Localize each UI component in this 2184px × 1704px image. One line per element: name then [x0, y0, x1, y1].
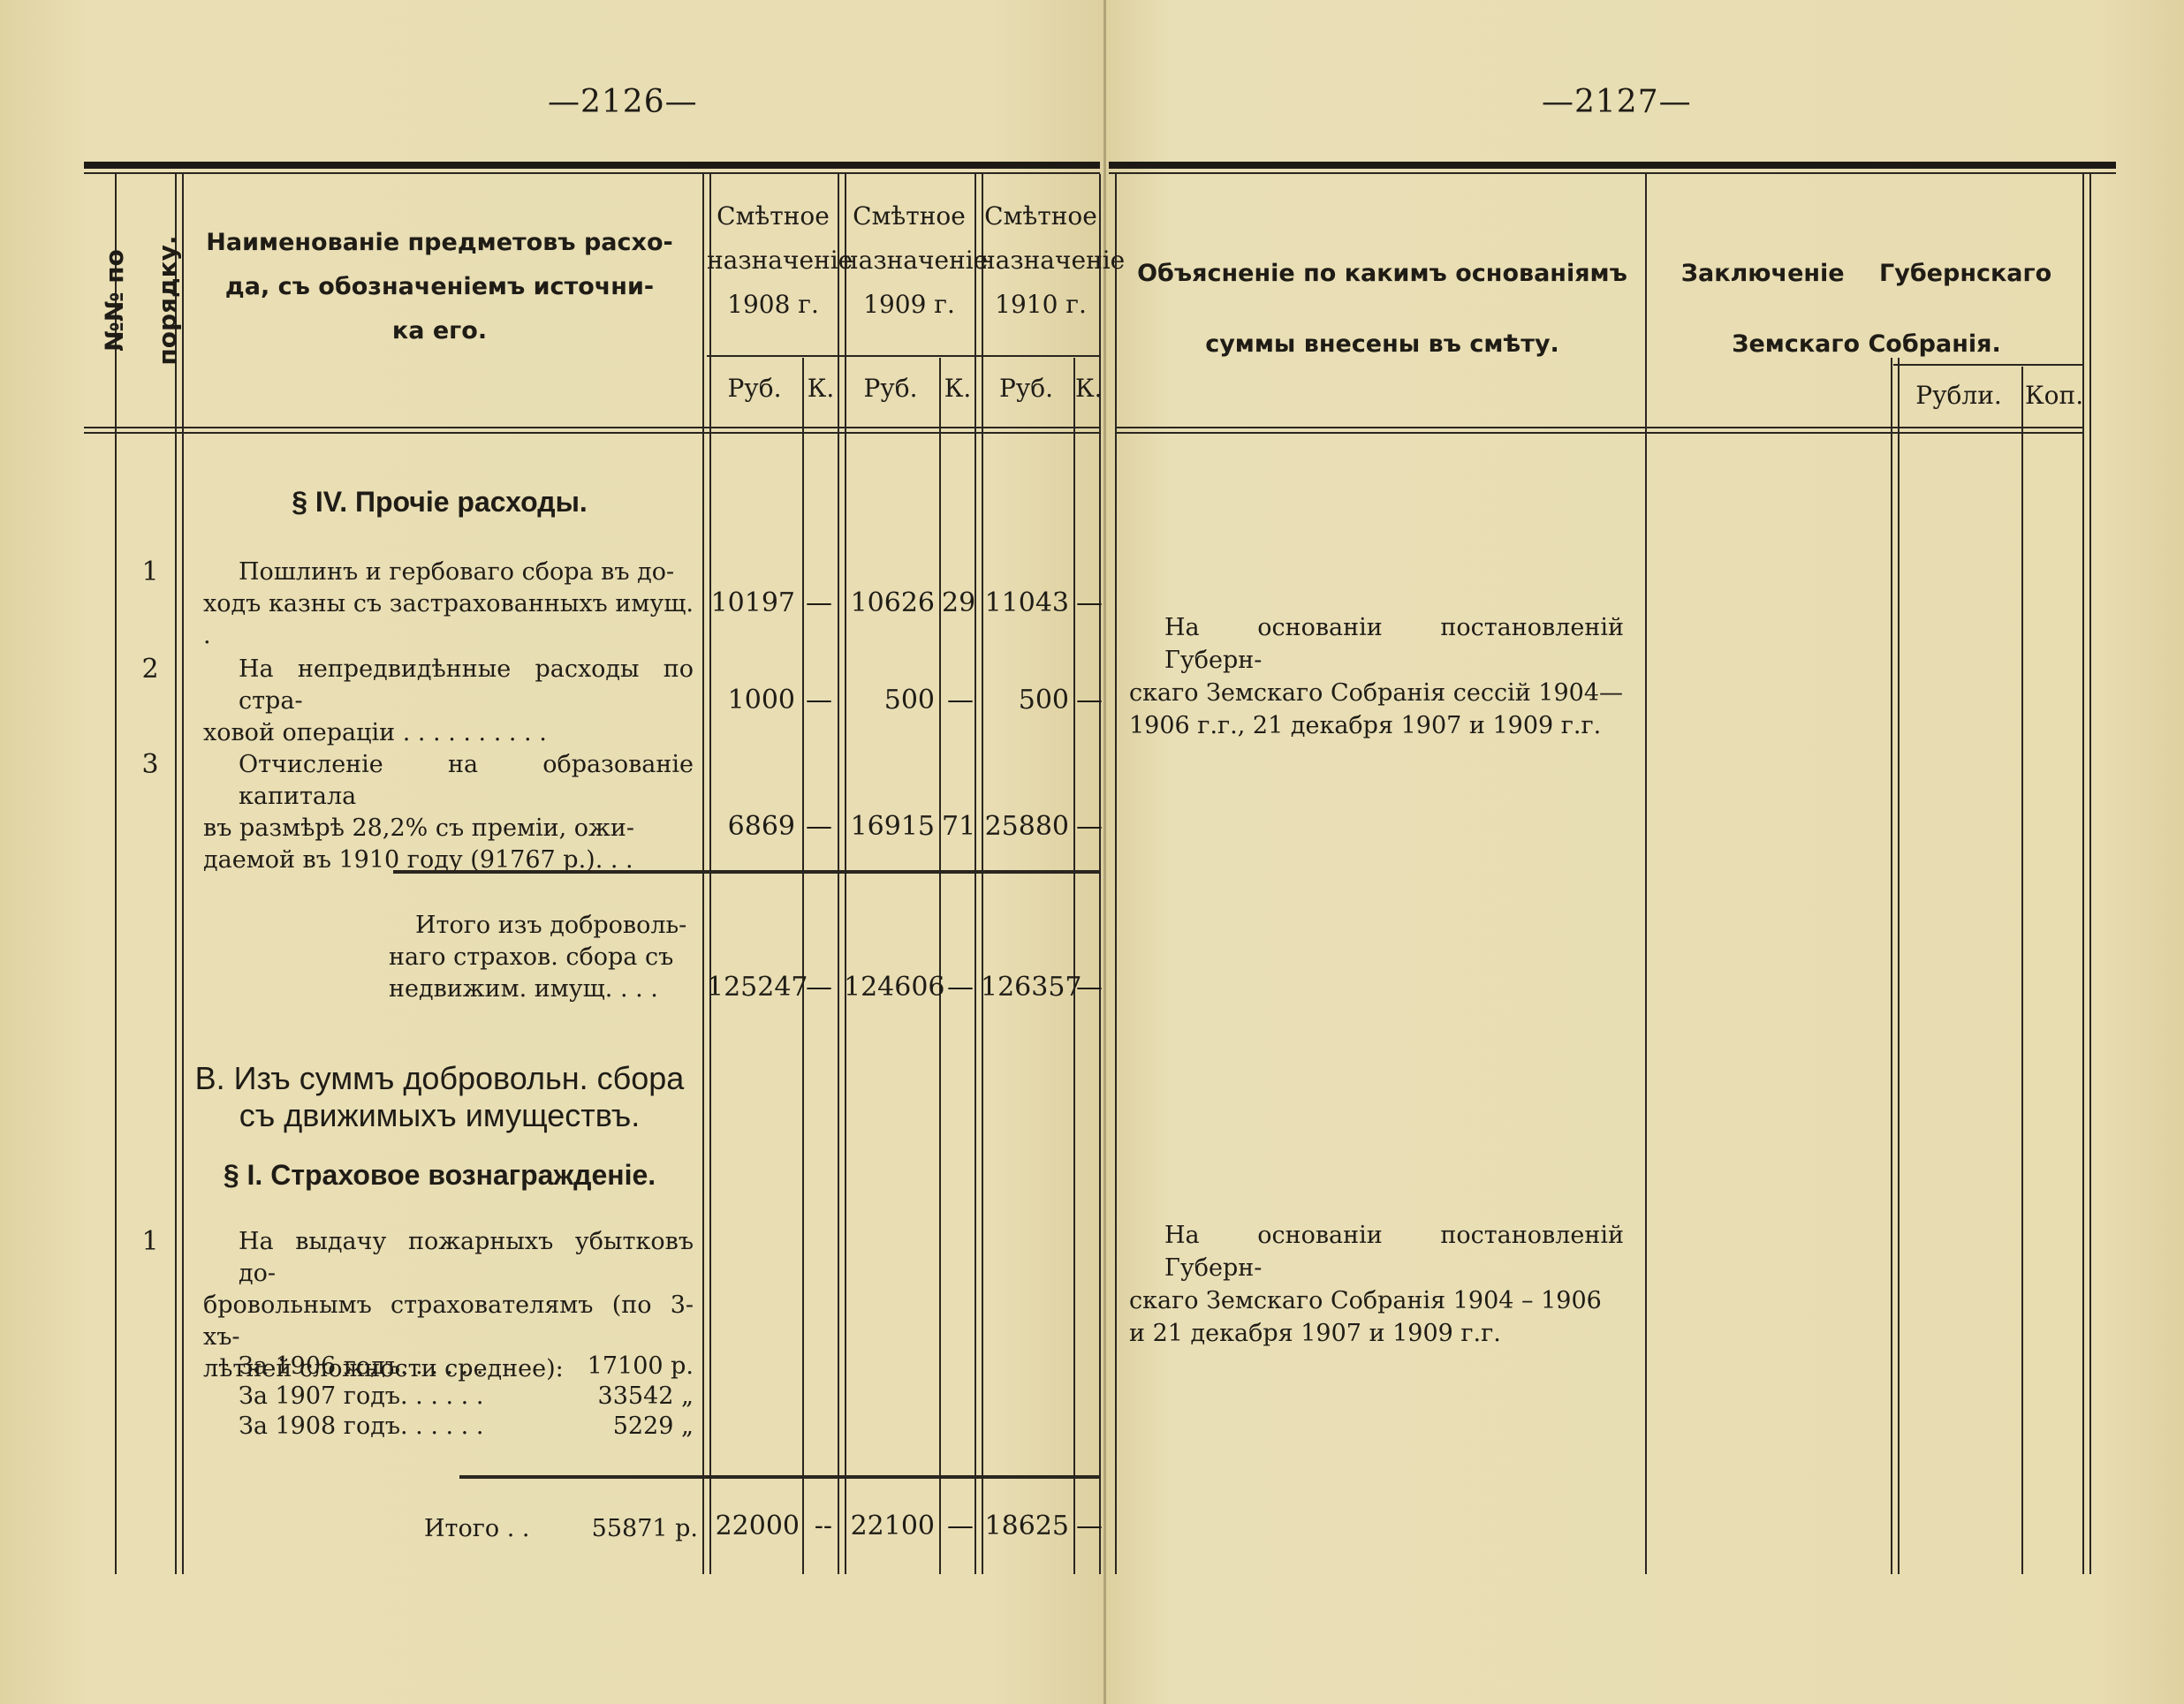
value-1909-rub: 16915: [844, 811, 935, 842]
col-header-1909: Смѣтное назначеніе 1909 г.: [842, 194, 976, 327]
rubli-header: Рубли.: [1896, 374, 2021, 418]
year-row: За 1906 годъ. . . . . . 17100 р.: [239, 1352, 694, 1382]
col-header-line: Смѣтное: [707, 194, 839, 239]
total-1910-kop: —: [1076, 1511, 1099, 1541]
desc-line: наго страхов. сбора съ: [389, 942, 694, 973]
conclusion-header-line: Земскаго Собранія.: [1652, 309, 2081, 380]
value-1909-rub: 10626: [844, 587, 935, 618]
total-1908-rub: 22000: [707, 1511, 800, 1541]
col-header-line: назначеніе: [707, 239, 839, 283]
value-1908-rub: 1000: [707, 685, 795, 716]
rub-header-1908: Руб.: [707, 367, 802, 411]
subheader-rule: [707, 355, 1099, 357]
row-description: Отчисленіе на образованіе капитала въ ра…: [203, 749, 694, 876]
header-bottom-rule-2: [84, 432, 1100, 434]
explanation-header: Объясненіе по какимъ основаніямъ суммы в…: [1119, 239, 1645, 380]
section-iv-heading: § IV. Прочіе расходы.: [181, 486, 698, 519]
year-row: За 1908 годъ. . . . . . 5229 „: [239, 1412, 694, 1442]
desc-line: въ размѣрѣ 28,2% съ преміи, ожи-: [203, 813, 694, 844]
year-label: За 1908 годъ. . . . . .: [239, 1412, 483, 1442]
total-1909-kop: —: [942, 1511, 974, 1541]
page-number-right: —2127—: [1542, 84, 1692, 120]
explanation-line: На основаніи постановленій Губерн-: [1129, 1219, 1624, 1284]
col-header-1910: Смѣтное назначеніе 1910 г.: [979, 194, 1103, 327]
total-1908-kop: --: [806, 1511, 832, 1541]
desc-line: Пошлинъ и гербоваго сбора въ до-: [203, 557, 694, 588]
explanation-header-line: суммы внесены въ смѣту.: [1119, 309, 1645, 380]
value-1910-rub: 500: [981, 685, 1069, 716]
total-1909-rub: 22100: [844, 1511, 935, 1541]
year-value: 5229 „: [613, 1412, 694, 1442]
item-name-header: Наименованіе предметовъ расхо- да, съ об…: [181, 221, 698, 353]
subtotal-1910-kop: —: [1076, 972, 1099, 1003]
col-divider-1909-kop: [939, 358, 941, 1574]
value-1908-kop: —: [806, 685, 832, 716]
subtotal-1908-rub: 125247: [707, 972, 800, 1003]
col-header-1908: Смѣтное назначеніе 1908 г.: [707, 194, 839, 327]
desc-line: недвижим. имущ. . . .: [389, 973, 694, 1005]
rub-header-1909: Руб.: [842, 367, 939, 411]
section-b-heading: В. Изъ суммъ добровольн. сбора съ движим…: [181, 1060, 698, 1134]
col-header-year: 1908 г.: [707, 283, 839, 327]
value-1908-rub: 6869: [707, 811, 795, 842]
explanation-line: скаго Земскаго Собранія 1904 – 1906: [1129, 1284, 1624, 1317]
value-1910-rub: 11043: [981, 587, 1069, 618]
row-number: 2: [106, 654, 194, 685]
desc-line: На выдачу пожарныхъ убытковъ до-: [203, 1226, 694, 1290]
value-1909-kop: 71: [942, 811, 974, 842]
col-divider-rubli: [1891, 358, 1900, 1574]
header-bottom-rule: [84, 427, 1100, 428]
explanation-line: и 21 декабря 1907 и 1909 г.г.: [1129, 1317, 1624, 1350]
kop-header-1908: К.: [804, 367, 838, 411]
desc-line: Итого изъ доброволь-: [389, 910, 694, 942]
explanation-text-1: На основаніи постановленій Губерн- скаго…: [1129, 611, 1624, 742]
item-name-header-line: да, съ обозначеніемъ источни-: [181, 265, 698, 309]
year-label: За 1906 годъ. . . . . .: [239, 1352, 483, 1382]
kop-header-1909: К.: [941, 367, 974, 411]
value-1908-kop: —: [806, 587, 832, 618]
subtotal-1908-kop: —: [806, 972, 832, 1003]
yearly-losses: За 1906 годъ. . . . . . 17100 р. За 1907…: [239, 1352, 694, 1442]
desc-line: ходъ казны съ застрахованныхъ имущ. .: [203, 588, 694, 652]
kop-header: Коп.: [2025, 374, 2082, 418]
subtotal-description: Итого изъ доброволь- наго страхов. сбора…: [389, 910, 694, 1005]
year-label: За 1907 годъ. . . . . .: [239, 1382, 483, 1412]
subtotal-1909-kop: —: [942, 972, 974, 1003]
value-1909-kop: 29: [942, 587, 974, 618]
top-rule-left: [84, 162, 1100, 169]
year-row: За 1907 годъ. . . . . . 33542 „: [239, 1382, 694, 1412]
total-row-label: Итого . . 55871 р.: [424, 1513, 698, 1545]
top-rule-right: [1109, 162, 2116, 169]
subtotal-1910-rub: 126357: [981, 972, 1069, 1003]
row-description: Пошлинъ и гербоваго сбора въ до- ходъ ка…: [203, 557, 694, 652]
value-1909-rub: 500: [844, 685, 935, 716]
desc-line: Отчисленіе на образованіе капитала: [203, 749, 694, 813]
desc-line: ховой операціи . . . . . . . . . .: [203, 717, 694, 749]
subtotal-rule: [393, 870, 1100, 874]
kop-header-1910: К.: [1075, 367, 1100, 411]
col-header-line: назначеніе: [979, 239, 1103, 283]
top-rule-right-thin: [1109, 172, 2116, 174]
page-number-left: —2126—: [548, 84, 698, 120]
year-value: 17100 р.: [588, 1352, 694, 1382]
value-1910-rub: 25880: [981, 811, 1069, 842]
col-header-year: 1910 г.: [979, 283, 1103, 327]
col-header-line: Смѣтное: [842, 194, 976, 239]
explanation-line: На основаніи постановленій Губерн-: [1129, 611, 1624, 677]
right-header-bottom-rule: [1115, 427, 2082, 428]
col-header-year: 1909 г.: [842, 283, 976, 327]
item-name-header-line: Наименованіе предметовъ расхо-: [181, 221, 698, 265]
col-divider-number: [175, 174, 184, 1574]
value-1910-kop: —: [1076, 587, 1099, 618]
row-number: 3: [106, 749, 194, 780]
value-1910-kop: —: [1076, 811, 1099, 842]
value-1908-rub: 10197: [707, 587, 795, 618]
total-label: Итого . .: [424, 1513, 529, 1545]
conclusion-header-line: Заключеніе Губернскаго: [1652, 239, 2081, 309]
row-number-header-label: №№ по порядку.: [100, 235, 182, 365]
subtotal-1909-rub: 124606: [844, 972, 935, 1003]
value-1908-kop: —: [806, 811, 832, 842]
row-number: 1: [106, 557, 194, 587]
row-number: 1: [106, 1226, 194, 1257]
col-divider-kop: [2021, 367, 2023, 1574]
top-rule-left-thin: [84, 172, 1100, 174]
col-divider-1910-kop: [1073, 358, 1075, 1574]
col-divider-conclusion: [1645, 174, 1647, 1574]
col-header-line: Смѣтное: [979, 194, 1103, 239]
year-value: 33542 „: [598, 1382, 694, 1412]
section-i-heading: § I. Страховое вознагражденіе.: [181, 1159, 698, 1192]
border-right: [2082, 174, 2091, 1574]
row-description: На непредвидѣнные расходы по стра- ховой…: [203, 654, 694, 749]
item-name-header-line: ка его.: [181, 309, 698, 353]
section-b-line: В. Изъ суммъ добровольн. сбора: [181, 1060, 698, 1097]
explanation-line: 1906 г.г., 21 декабря 1907 и 1909 г.г.: [1129, 709, 1624, 742]
desc-line: бровольнымъ страхователямъ (по 3-хъ-: [203, 1290, 694, 1353]
right-header-bottom-rule-2: [1115, 432, 2082, 434]
value-1910-kop: —: [1076, 685, 1099, 716]
rub-header-1910: Руб.: [979, 367, 1073, 411]
explanation-header-line: Объясненіе по какимъ основаніямъ: [1119, 239, 1645, 309]
explanation-line: скаго Земскаго Собранія сессій 1904—: [1129, 677, 1624, 709]
explanation-text-2: На основаніи постановленій Губерн- скаго…: [1129, 1219, 1624, 1350]
desc-line: На непредвидѣнные расходы по стра-: [203, 654, 694, 717]
total-rule: [459, 1475, 1100, 1479]
total-sum: 55871 р.: [592, 1513, 698, 1545]
border-left-right-page: [1115, 174, 1117, 1574]
col-divider-1908-kop: [802, 358, 804, 1574]
value-1909-kop: —: [942, 685, 974, 716]
conclusion-header: Заключеніе Губернскаго Земскаго Собранія…: [1652, 239, 2081, 380]
section-b-line: съ движимыхъ имуществъ.: [181, 1097, 698, 1134]
row-number-header: №№ по порядку.: [88, 186, 141, 415]
total-1910-rub: 18625: [981, 1511, 1069, 1541]
col-header-line: назначеніе: [842, 239, 976, 283]
